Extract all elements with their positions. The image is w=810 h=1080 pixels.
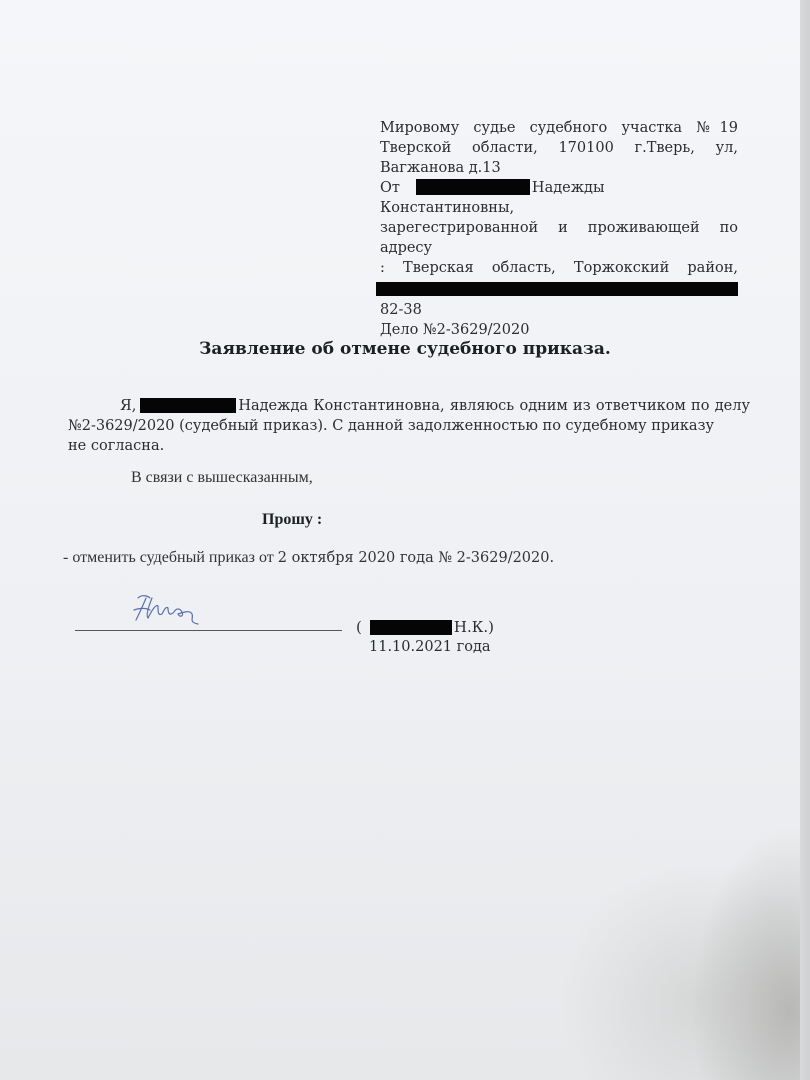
request-heading: Прошу : [262,511,322,529]
initials: Н.К.) [454,618,494,636]
redacted-surname [416,179,530,195]
from-label: От [380,180,400,196]
addressee-line: Вагжанова д.13 [380,158,738,178]
sender-line: ОтНадежды Константиновны, [380,178,738,218]
case-number: Дело №2-3629/2020 [380,320,738,340]
redacted-surname [370,620,452,635]
redacted-address [376,282,738,296]
redacted-surname [140,398,236,413]
paren: ( [356,618,362,636]
document-title: Заявление об отмене судебного приказа. [0,339,810,359]
addressee-line: Мировому судье судебного участка №19 [380,118,738,138]
addressee-line: 82-38 [380,300,738,320]
statement-line: №2-3629/2020 (судебный приказ). С данной… [68,416,750,436]
addressee-line: : Тверская область, Торжокский район, [380,258,738,278]
connector-text: В связи с вышесказанным, [131,469,313,487]
addressee-line: Тверской области, 170100 г.Тверь, ул, [380,138,738,158]
request-item: - отменить судебный приказ от 2 октября … [63,549,554,567]
statement-text: Надежда Константиновна, являюсь одним из… [238,398,750,414]
addressee-line: зарегестрированной и проживающей по адре… [380,218,738,258]
statement-paragraph: Я,Надежда Константиновна, являюсь одним … [68,396,750,456]
signatory: (Н.К.) [356,618,494,636]
request-details: 2 октября 2020 года № 2-3629/2020. [278,550,554,566]
paper-edge [800,0,810,1080]
signature-line [75,630,342,631]
statement-prefix: Я, [120,398,136,414]
statement-line: Я,Надежда Константиновна, являюсь одним … [68,396,750,416]
handwritten-signature [128,590,208,630]
request-text: - отменить судебный приказ от [63,549,278,566]
statement-line: не согласна. [68,436,750,456]
signature-date: 11.10.2021 года [369,639,491,655]
addressee-block: Мировому судье судебного участка №19 Тве… [380,118,738,340]
